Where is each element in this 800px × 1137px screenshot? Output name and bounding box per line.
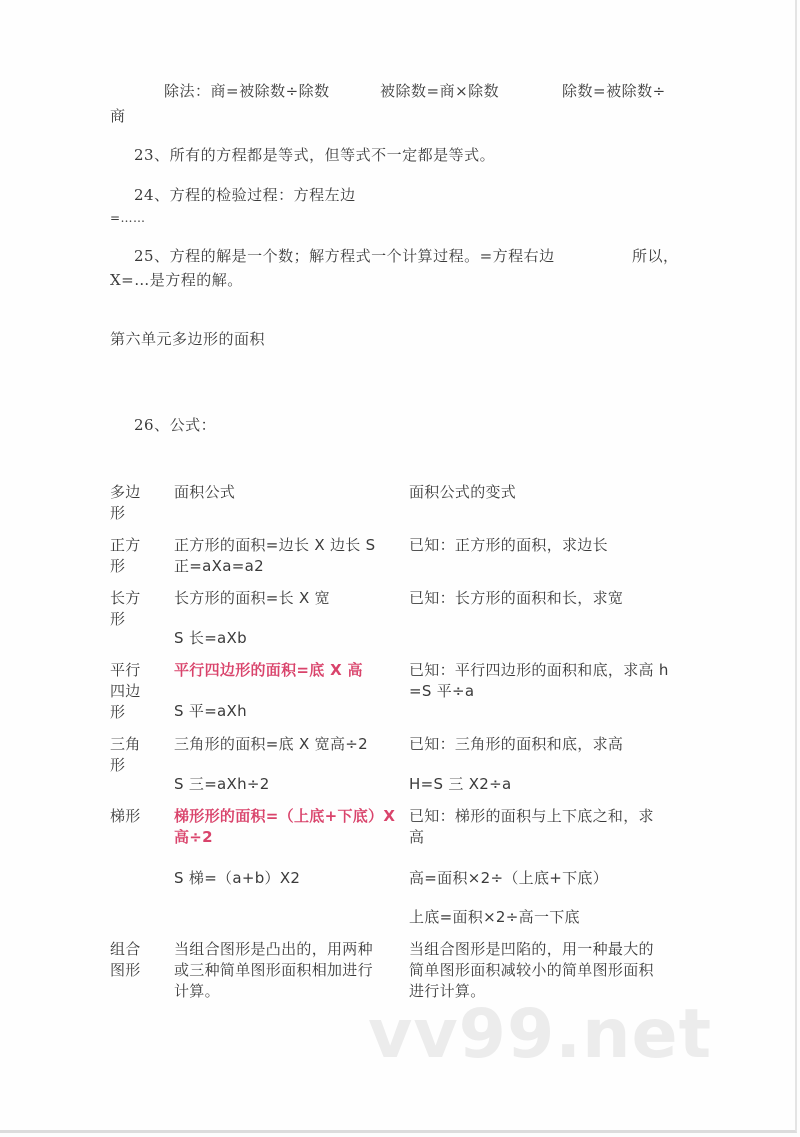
row-triangle-formula-extra: S 三=aXh÷2 bbox=[174, 774, 270, 795]
item-23: 23、所有的方程都是等式，但等式不一定都是等式。 bbox=[134, 145, 495, 165]
row-square-variant: 已知：正方形的面积，求边长 bbox=[409, 535, 608, 556]
row-rectangle-variant: 已知：长方形的面积和长，求宽 bbox=[409, 588, 623, 609]
row-composite-formula: 当组合图形是凸出的，用两种 或三种简单图形面积相加进行 计算。 bbox=[174, 939, 373, 1002]
item-24: 24、方程的检验过程：方程左边 bbox=[134, 185, 356, 205]
row-square-shape: 正方 形 bbox=[110, 535, 141, 577]
row-trapezoid-shape: 梯形 bbox=[110, 806, 141, 827]
row-parallelogram-variant: 已知：平行四边形的面积和底，求高 h =S 平÷a bbox=[409, 660, 669, 702]
header-shape: 多边 形 bbox=[110, 482, 141, 524]
item-26: 26、公式： bbox=[134, 415, 216, 435]
section-title: 第六单元多边形的面积 bbox=[110, 329, 265, 349]
row-parallelogram-formula: 平行四边形的面积=底 X 高 bbox=[174, 660, 363, 681]
division-formula-1: 除法：商=被除数÷除数 bbox=[164, 81, 330, 101]
row-triangle-variant-extra: H=S 三 X2÷a bbox=[409, 774, 512, 795]
row-triangle-formula: 三角形的面积=底 X 宽高÷2 bbox=[174, 734, 368, 755]
document-page: 除法：商=被除数÷除数 被除数=商×除数 除数=被除数÷ 商 23、所有的方程都… bbox=[0, 0, 797, 1133]
item-25-suffix: 所以， bbox=[632, 246, 679, 266]
row-triangle-variant: 已知：三角形的面积和底，求高 bbox=[409, 734, 623, 755]
item-25-wrap: X=…是方程的解。 bbox=[110, 270, 243, 290]
row-trapezoid-formula-extra: S 梯=（a+b）X2 bbox=[174, 868, 300, 889]
row-square-formula: 正方形的面积=边长 X 边长 S 正=aXa=a2 bbox=[174, 535, 375, 577]
item-24-wrap: =…… bbox=[110, 208, 146, 228]
row-rectangle-shape: 长方 形 bbox=[110, 588, 141, 630]
item-25: 25、方程的解是一个数；解方程式一个计算过程。=方程右边 bbox=[134, 246, 555, 266]
row-parallelogram-formula-extra: S 平=aXh bbox=[174, 701, 247, 722]
header-variant: 面积公式的变式 bbox=[409, 482, 516, 503]
row-triangle-shape: 三角 形 bbox=[110, 734, 141, 776]
division-formula-3: 除数=被除数÷ bbox=[562, 81, 666, 101]
header-formula: 面积公式 bbox=[174, 482, 235, 503]
row-trapezoid-variant-extra: 高=面积×2÷（上底+下底） bbox=[409, 868, 608, 889]
row-rectangle-formula-extra: S 长=aXb bbox=[174, 628, 247, 649]
row-trapezoid-variant: 已知：梯形的面积与上下底之和，求 高 bbox=[409, 806, 654, 848]
division-formula-wrap: 商 bbox=[110, 106, 126, 126]
watermark: vv99.net bbox=[368, 995, 712, 1074]
row-composite-shape: 组合 图形 bbox=[110, 939, 141, 981]
row-parallelogram-shape: 平行 四边 形 bbox=[110, 660, 141, 723]
row-rectangle-formula: 长方形的面积=长 X 宽 bbox=[174, 588, 330, 609]
row-trapezoid-variant-extra2: 上底=面积×2÷高一下底 bbox=[409, 907, 580, 928]
row-composite-variant: 当组合图形是凹陷的，用一种最大的 简单图形面积减较小的简单图形面积 进行计算。 bbox=[409, 939, 654, 1002]
division-formula-2: 被除数=商×除数 bbox=[380, 81, 499, 101]
row-trapezoid-formula: 梯形形的面积=（上底+下底）X 高÷2 bbox=[174, 806, 395, 848]
